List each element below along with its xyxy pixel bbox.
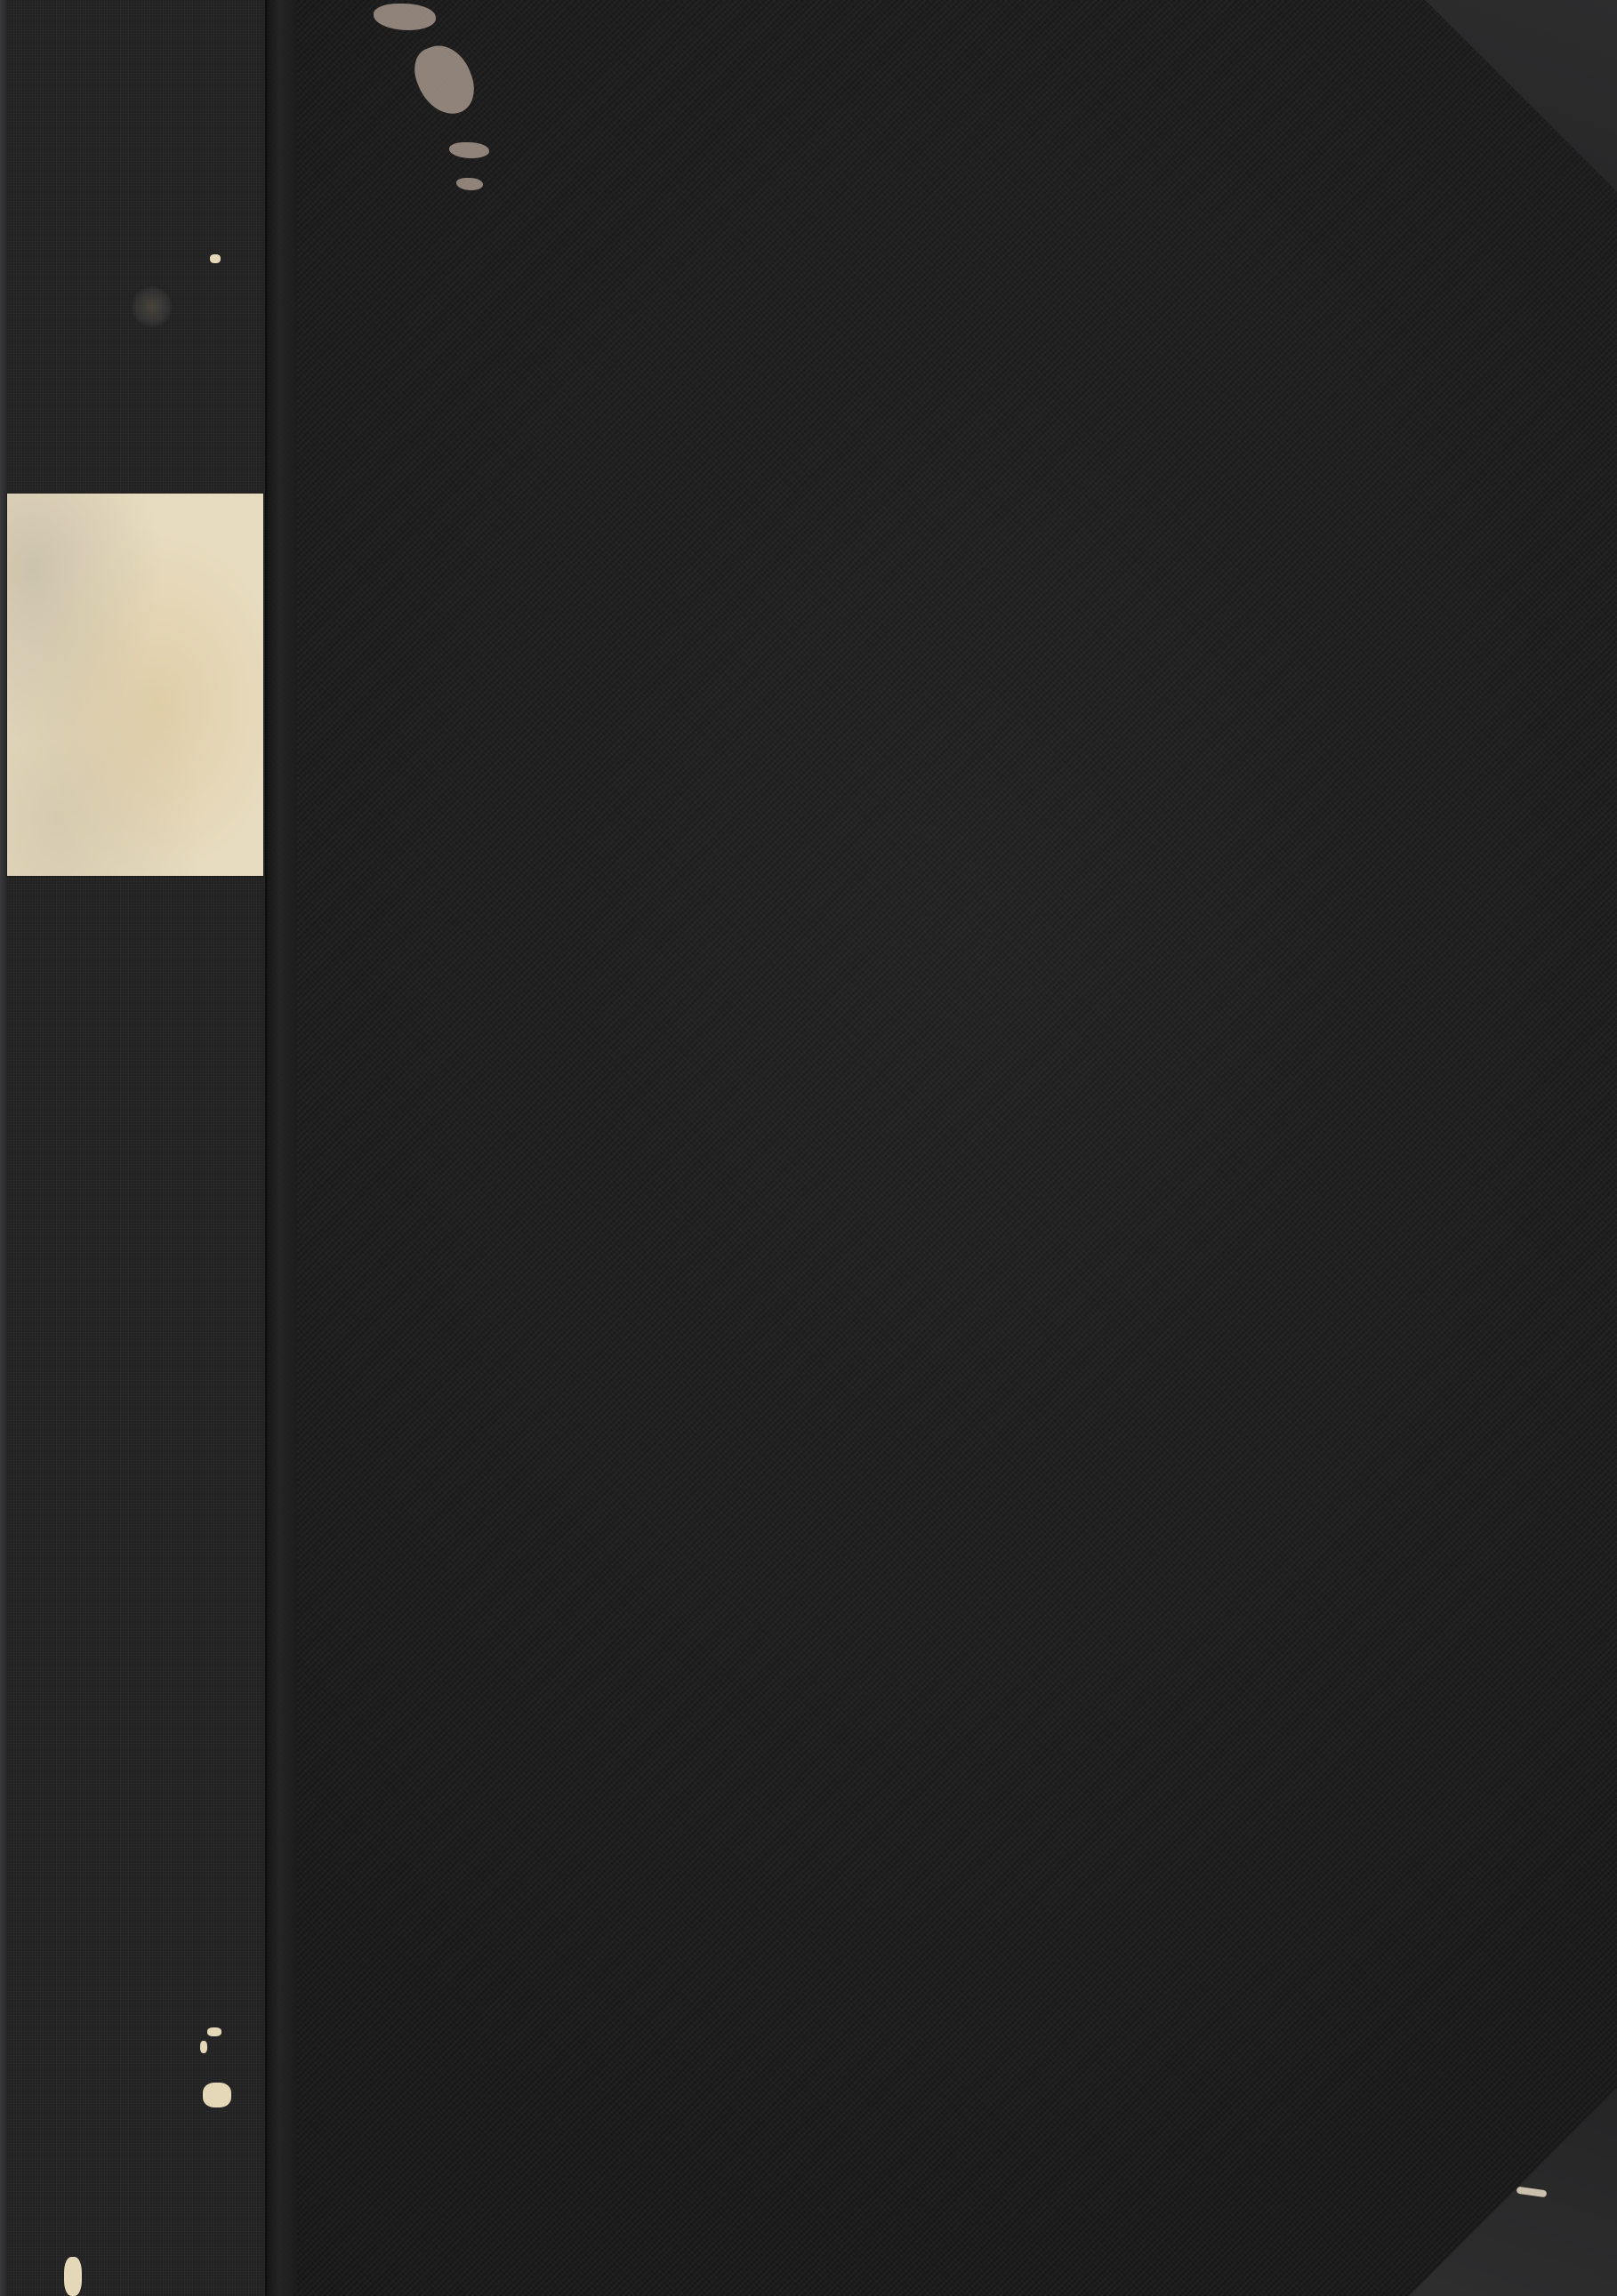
cloth-wear-mark [449, 142, 489, 158]
cloth-wear-mark [374, 4, 436, 30]
spine-spot [203, 2083, 231, 2107]
spine-spot [200, 2041, 207, 2053]
spine-spot [207, 2027, 221, 2036]
book-cover [0, 0, 1617, 2296]
spine-paper-label [7, 494, 263, 876]
spine-spot [210, 254, 221, 263]
spine-edge [0, 0, 7, 2296]
corner-piece-bottom-right [1350, 2029, 1617, 2296]
spine-stain [132, 286, 173, 327]
cloth-wear-mark [456, 178, 483, 190]
cloth-wear-mark [407, 37, 482, 123]
spine-hinge-seam [267, 0, 297, 2296]
corner-piece-top-right [1350, 0, 1617, 267]
book-spine [0, 0, 267, 2296]
spine-spot [64, 2257, 82, 2296]
